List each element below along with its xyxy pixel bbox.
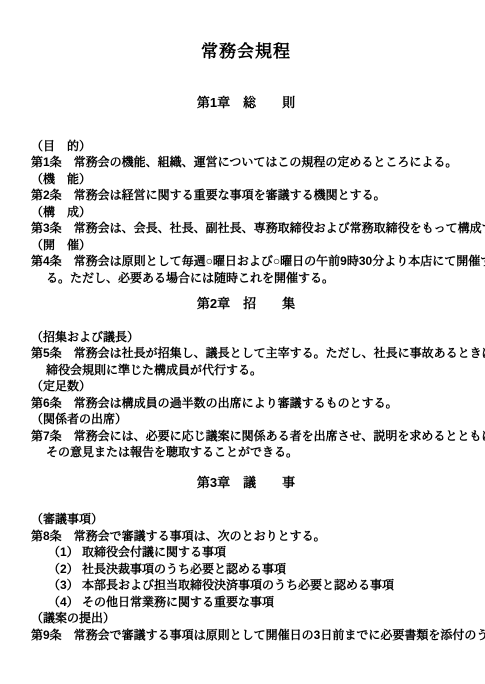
- article-5-text-line-2: 締役会規則に準じた構成員が代行する。: [31, 362, 461, 379]
- article-5-text-line-1: 第5条 常務会は社長が招集し、議長として主宰する。ただし、社長に事故あるときは取: [31, 345, 461, 362]
- section-label-convocation-and-chair: （招集および議長）: [31, 329, 461, 346]
- article-8-item-3: （3） 本部長および担当取締役決済事項のうち必要と認める事項: [31, 577, 461, 594]
- section-label-function: （機 能）: [31, 171, 461, 188]
- article-9-text: 第9条 常務会で審議する事項は原則として開催日の3日前までに必要書類を添付のうえ…: [31, 627, 461, 644]
- section-label-purpose: （目 的）: [31, 138, 461, 155]
- article-1-text: 第1条 常務会の機能、組織、運営についてはこの規程の定めるところによる。: [31, 154, 461, 171]
- article-8-item-1: （1） 取締役会付議に関する事項: [31, 544, 461, 561]
- article-2-text: 第2条 常務会は経営に関する重要な事項を審議する機関とする。: [31, 187, 461, 204]
- section-label-proposal-submission: （議案の提出）: [31, 610, 461, 627]
- article-8-item-4: （4） その他日常業務に関する重要な事項: [31, 594, 461, 611]
- section-label-meeting-schedule: （開 催）: [31, 237, 461, 254]
- article-4-text-line-1: 第4条 常務会は原則として毎週○曜日および○曜日の午前9時30分より本店にて開催…: [31, 253, 461, 270]
- article-4-text-line-2: る。ただし、必要ある場合には随時これを開催する。: [31, 270, 461, 287]
- article-8-item-2: （2） 社長決裁事項のうち必要と認める事項: [31, 561, 461, 578]
- article-7-text-line-1: 第7条 常務会には、必要に応じ議案に関係ある者を出席させ、説明を求めるとともに、: [31, 428, 461, 445]
- document-title: 常務会規程: [31, 42, 461, 62]
- article-8-text: 第8条 常務会で審議する事項は、次のとおりとする。: [31, 528, 461, 545]
- article-3-text: 第3条 常務会は、会長、社長、副社長、専務取締役および常務取締役をもって構成する…: [31, 220, 461, 237]
- article-7-text-line-2: その意見または報告を聴取することができる。: [31, 444, 461, 461]
- section-label-composition: （構 成）: [31, 204, 461, 221]
- chapter-1-heading: 第1章 総 則: [31, 95, 461, 112]
- section-label-quorum: （定足数）: [31, 378, 461, 395]
- chapter-2-heading: 第2章 招 集: [31, 296, 461, 313]
- chapter-3-heading: 第3章 議 事: [31, 475, 461, 492]
- document-page: 常務会規程 第1章 総 則 （目 的） 第1条 常務会の機能、組織、運営について…: [0, 0, 485, 684]
- section-label-deliberation-items: （審議事項）: [31, 511, 461, 528]
- article-6-text: 第6条 常務会は構成員の過半数の出席により審議するものとする。: [31, 395, 461, 412]
- section-label-attendance-of-related-persons: （関係者の出席）: [31, 411, 461, 428]
